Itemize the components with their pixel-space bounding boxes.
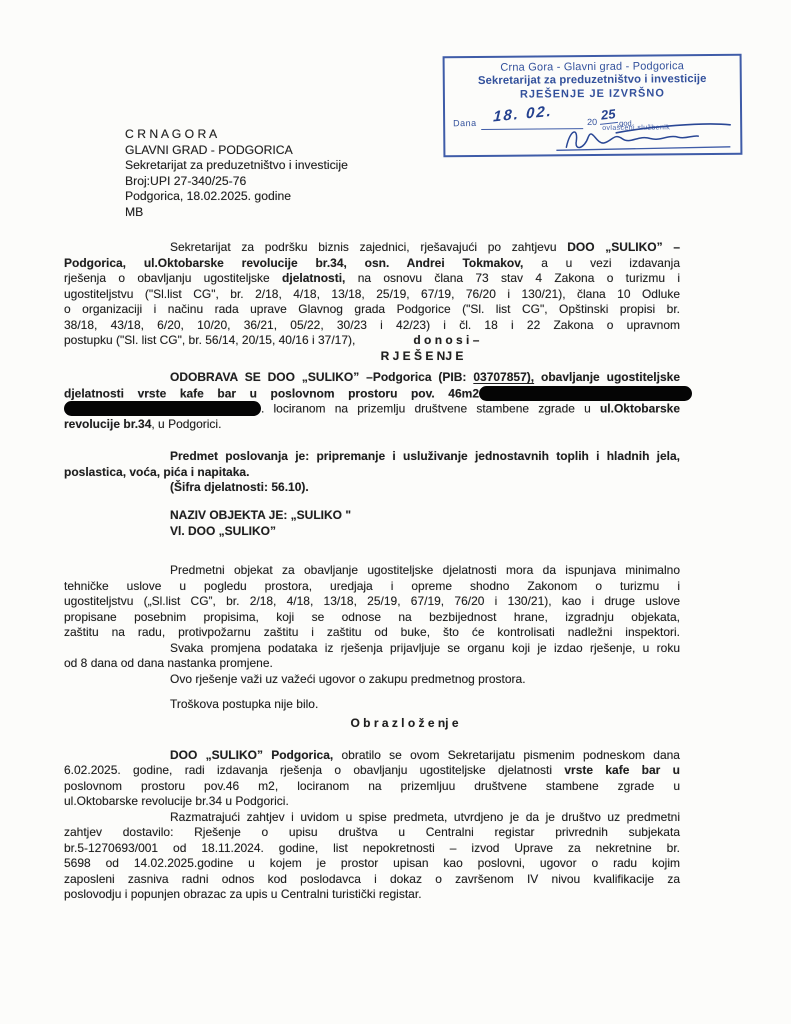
- text-run: ugostiteljstvu ("Sl.list CG", br. 2/18, …: [64, 287, 680, 301]
- text-line: ODOBRAVA SE DOO „SULIKO” –Podgorica (PIB…: [64, 370, 680, 386]
- text-run: Svaka promjena podataka iz rješenja prij…: [170, 641, 680, 655]
- stamp-secretariat-line: Sekretarijat za preduzetništvo i investi…: [445, 73, 740, 89]
- text-run: ODOBRAVA SE DOO „SULIKO” –Podgorica (PIB…: [170, 370, 473, 384]
- text-run: na osnovu člana 73 stav 4 Zakona o turiz…: [345, 271, 680, 285]
- text-line: br.5-1270693/001 od 18.11.2024. godine, …: [64, 841, 680, 857]
- paragraph-gap: [64, 496, 680, 509]
- text-line: Ovo rješenje važi uz važeći ugovor o zak…: [64, 672, 680, 688]
- text-line: zaštitu na radu, protivpožarnu zaštitu i…: [64, 625, 680, 641]
- text-run: zaposleni zasniva radni odnos kod poslod…: [64, 872, 680, 886]
- text-run: Podgorica, ul.Oktobarske revolucije br.3…: [64, 256, 523, 270]
- text-run: DOO „SULIKO” –: [567, 240, 680, 254]
- text-run: 5698 od 14.02.2025.godine u kojem je pro…: [64, 856, 680, 870]
- text-run: DOO „SULIKO” Podgorica,: [170, 748, 333, 762]
- letterhead-line: C R N A G O R A: [125, 127, 465, 143]
- text-line: ugostiteljstvu („Sl.list CG”, br. 2/18, …: [64, 594, 680, 610]
- text-run: od 8 dana od dana nastanka promjene.: [64, 656, 273, 670]
- text-line: revolucije br.34, u Podgorici.: [64, 417, 680, 433]
- letterhead-line: GLAVNI GRAD - PODGORICA: [125, 143, 465, 159]
- text-line: . lociranom na prizemlju društvene stamb…: [64, 401, 680, 417]
- letterhead-line: Broj:UPI 27-340/25-76: [125, 174, 465, 190]
- text-line: propisane posebnim propisima, koji se od…: [64, 610, 680, 626]
- redaction-bar: [64, 401, 261, 416]
- text-run: vrste kafe bar u: [564, 763, 680, 777]
- stamp-executory-line: RJEŠENJE JE IZVRŠNO: [445, 86, 740, 103]
- letterhead-line: Sekretarijat za preduzetništvo i investi…: [125, 158, 465, 174]
- paragraph-gap: [64, 732, 680, 748]
- text-run: obratilo se ovom Sekretarijatu pismenim …: [333, 748, 680, 762]
- text-line: 38/18, 43/18, 6/20, 10/20, 36/21, 05/22,…: [64, 318, 680, 334]
- text-run: djelatnosti,: [282, 271, 345, 285]
- text-run: Razmatrajući zahtjev i uvidom u spise pr…: [170, 810, 680, 824]
- text-run: poslovnom prostoru pov.46 m2, lociranom …: [64, 779, 680, 793]
- text-line: od 8 dana od dana nastanka promjene.: [64, 656, 680, 672]
- text-line: rješenja o obavljanju ugostiteljske djel…: [64, 271, 680, 287]
- text-line: (Šifra djelatnosti: 56.10).: [64, 480, 680, 496]
- text-run: Predmet poslovanja je: pripremanje i usl…: [170, 449, 680, 463]
- text-line: ul.Oktobarske revolucije br.34 u Podgori…: [64, 794, 680, 810]
- paragraph-gap: [64, 687, 680, 697]
- text-line: NAZIV OBJEKTA JE: „SULIKO ": [64, 508, 680, 524]
- text-line: Svaka promjena podataka iz rješenja prij…: [64, 641, 680, 657]
- text-run: Sekretarijat za podršku biznis zajednici…: [170, 240, 567, 254]
- text-run: 6.02.2025. godine, radi izdavanja rješen…: [64, 763, 564, 777]
- text-line: ugostiteljstvu ("Sl.list CG", br. 2/18, …: [64, 287, 680, 303]
- text-line: DOO „SULIKO” Podgorica, obratilo se ovom…: [64, 748, 680, 764]
- text-line: Razmatrajući zahtjev i uvidom u spise pr…: [64, 810, 680, 826]
- letterhead-line: MB: [125, 205, 465, 221]
- text-line: poslovodju i popunjen obrazac za upis u …: [64, 887, 680, 903]
- text-line: o organizaciji i načinu rada uprave Glav…: [64, 302, 680, 318]
- text-run: ugostiteljstvu („Sl.list CG”, br. 2/18, …: [64, 594, 680, 608]
- text-run: Vl. DOO „SULIKO”: [170, 524, 276, 538]
- text-line: Predmet poslovanja je: pripremanje i usl…: [64, 449, 680, 465]
- text-line: Predmetni objekat za obavljanje ugostite…: [64, 563, 680, 579]
- text-line: zahtjev dostavilo: Rješenje o upisu druš…: [64, 825, 680, 841]
- text-run: propisane posebnim propisima, koji se od…: [64, 610, 680, 624]
- text-run: (Šifra djelatnosti: 56.10).: [170, 480, 309, 494]
- inline-spacer: [355, 343, 413, 344]
- redaction-bar: [479, 386, 692, 401]
- body-text: Sekretarijat za podršku biznis zajednici…: [64, 240, 680, 903]
- text-run: obavljanje ugostiteljske: [534, 370, 680, 384]
- text-run: . lociranom na prizemlju društvene stamb…: [261, 402, 600, 416]
- text-line: djelatnosti vrste kafe bar u poslovnom p…: [64, 386, 692, 402]
- text-run: djelatnosti vrste kafe bar u poslovnom p…: [64, 386, 479, 400]
- text-line: tehničke uslove u pogledu prostora, ured…: [64, 579, 680, 595]
- text-run: tehničke uslove u pogledu prostora, ured…: [64, 579, 680, 593]
- text-run: rješenja o obavljanju ugostiteljske: [64, 271, 282, 285]
- text-run: revolucije br.34: [64, 417, 151, 431]
- text-line: postupku ("Sl. list CG", br. 56/14, 20/1…: [64, 333, 680, 349]
- text-run: 38/18, 43/18, 6/20, 10/20, 36/21, 05/22,…: [64, 318, 680, 332]
- text-run: R J E Š E NJ E: [381, 349, 464, 363]
- document-page: C R N A G O R AGLAVNI GRAD - PODGORICASe…: [0, 0, 791, 1024]
- verification-stamp: Crna Gora - Glavni grad - Podgorica Sekr…: [443, 54, 743, 158]
- text-line: Podgorica, ul.Oktobarske revolucije br.3…: [64, 256, 680, 272]
- text-line: poslastica, voća, pića i napitaka.: [64, 465, 680, 481]
- text-line: Vl. DOO „SULIKO”: [64, 524, 680, 540]
- text-run: , u Podgorici.: [151, 417, 221, 431]
- text-run: O b r a z l o ž e nj e: [350, 716, 458, 730]
- text-run: zahtjev dostavilo: Rješenje o upisu druš…: [64, 825, 680, 839]
- text-run: br.5-1270693/001 od 18.11.2024. godine, …: [64, 841, 680, 855]
- text-run: poslastica, voća, pića i napitaka.: [64, 465, 249, 479]
- text-line: 6.02.2025. godine, radi izdavanja rješen…: [64, 763, 680, 779]
- signature-icon: [554, 118, 734, 152]
- text-run: poslovodju i popunjen obrazac za upis u …: [64, 887, 422, 901]
- text-line: 5698 od 14.02.2025.godine u kojem je pro…: [64, 856, 680, 872]
- stamp-dana-label: Dana: [453, 118, 477, 128]
- text-run: a u vezi izdavanja: [523, 256, 680, 270]
- stamp-handwritten-date: 18. 02.: [493, 103, 553, 126]
- letterhead: C R N A G O R AGLAVNI GRAD - PODGORICASe…: [125, 127, 465, 220]
- paragraph-gap: [64, 432, 680, 449]
- text-run: ul.Oktobarske revolucije br.34 u Podgori…: [64, 794, 289, 808]
- text-run: postupku ("Sl. list CG", br. 56/14, 20/1…: [64, 333, 355, 347]
- text-run: 03707857),: [473, 370, 534, 384]
- paragraph-gap: [64, 539, 680, 563]
- text-run: ul.Oktobarske: [600, 402, 680, 416]
- text-line: Sekretarijat za podršku biznis zajednici…: [64, 240, 680, 256]
- letterhead-line: Podgorica, 18.02.2025. godine: [125, 189, 465, 205]
- text-run: Ovo rješenje važi uz važeći ugovor o zak…: [170, 672, 526, 686]
- text-run: zaštitu na radu, protivpožarnu zaštitu i…: [64, 625, 680, 639]
- text-line: O b r a z l o ž e nj e: [64, 716, 680, 732]
- text-line: Troškova postupka nije bilo.: [64, 697, 680, 713]
- text-line: R J E Š E NJ E: [64, 349, 680, 365]
- text-run: Predmetni objekat za obavljanje ugostite…: [170, 563, 680, 577]
- text-line: poslovnom prostoru pov.46 m2, lociranom …: [64, 779, 680, 795]
- text-run: Troškova postupka nije bilo.: [170, 697, 318, 711]
- text-run: o organizaciji i načinu rada uprave Glav…: [64, 302, 680, 316]
- text-run: NAZIV OBJEKTA JE: „SULIKO ": [170, 508, 351, 522]
- text-run: d o n o s i –: [413, 333, 479, 347]
- stamp-signature-area: ovlašćeni službenik: [554, 118, 734, 152]
- text-line: zaposleni zasniva radni odnos kod poslod…: [64, 872, 680, 888]
